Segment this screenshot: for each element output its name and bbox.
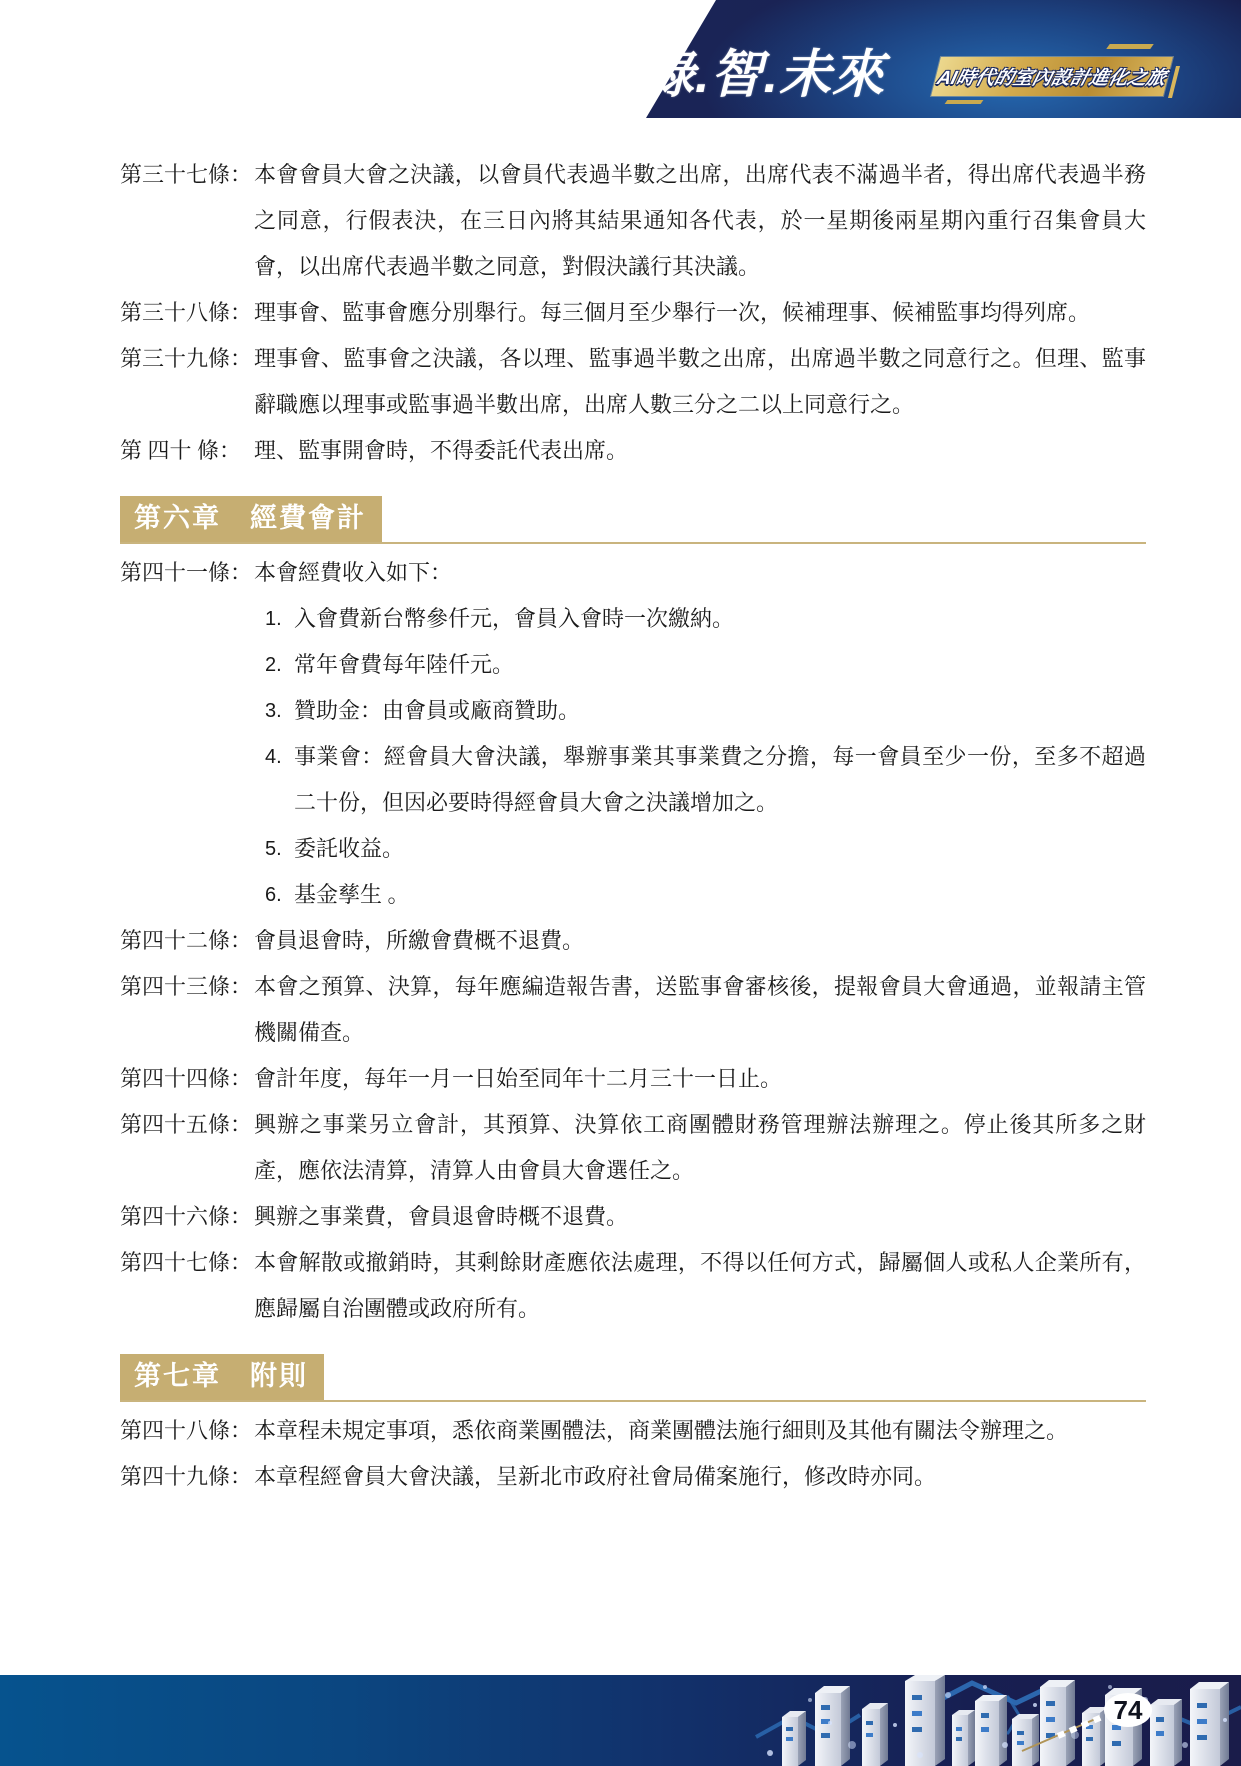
article-38: 第三十八條： 理事會、監事會應分別舉行。每三個月至少舉行一次，候補理事、候補監事…: [120, 290, 1146, 336]
list-item-5: 5. 委託收益。: [265, 826, 1146, 872]
article-text: 會計年度，每年一月一日始至同年十二月三十一日止。: [254, 1056, 1146, 1102]
event-subtitle-badge: AI時代的室內設計進化之旅: [931, 57, 1173, 96]
list-item-number: 1.: [265, 596, 294, 642]
article-text: 本章程經會員大會決議，呈新北市政府社會局備案施行，修改時亦同。: [254, 1454, 1146, 1500]
article-text: 本會解散或撤銷時，其剩餘財產應依法處理，不得以任何方式，歸屬個人或私人企業所有，…: [254, 1240, 1146, 1332]
list-item-4: 4. 事業會：經會員大會決議，舉辦事業其事業費之分擔，每一會員至少一份，至多不超…: [265, 734, 1146, 826]
list-item-text: 事業會：經會員大會決議，舉辦事業其事業費之分擔，每一會員至少一份，至多不超過二十…: [294, 734, 1146, 826]
article-number: 第三十九條：: [120, 336, 254, 428]
article-text: 本會經費收入如下：: [254, 550, 1146, 596]
list-item-number: 6.: [265, 872, 294, 918]
article-number: 第四十四條：: [120, 1056, 254, 1102]
article-43: 第四十三條： 本會之預算、決算，每年應編造報告書，送監事會審核後，提報會員大會通…: [120, 964, 1146, 1056]
event-logo-text: 綠.智.未來: [642, 32, 942, 107]
article-46: 第四十六條： 興辦之事業費，會員退會時概不退費。: [120, 1194, 1146, 1240]
list-item-number: 2.: [265, 642, 294, 688]
article-number: 第四十七條：: [120, 1240, 254, 1332]
list-item-text: 贊助金：由會員或廠商贊助。: [294, 688, 1146, 734]
article-number: 第三十七條：: [120, 152, 254, 290]
chapter-7-title: 第七章 附則: [120, 1354, 324, 1400]
article-45: 第四十五條： 興辦之事業另立會計，其預算、決算依工商團體財務管理辦法辦理之。停止…: [120, 1102, 1146, 1194]
footer-cityscape-graphic: 74: [0, 1675, 1241, 1766]
gold-dash-ornament: [945, 100, 984, 104]
article-text: 理、監事開會時，不得委託代表出席。: [254, 428, 1146, 474]
list-item-2: 2. 常年會費每年陸仟元。: [265, 642, 1146, 688]
list-item-number: 4.: [265, 734, 294, 826]
article-49: 第四十九條： 本章程經會員大會決議，呈新北市政府社會局備案施行，修改時亦同。: [120, 1454, 1146, 1500]
article-number: 第四十六條：: [120, 1194, 254, 1240]
page-number: 74: [1114, 1695, 1143, 1725]
list-item-1: 1. 入會費新台幣參仟元，會員入會時一次繳納。: [265, 596, 1146, 642]
article-41: 第四十一條： 本會經費收入如下：: [120, 550, 1146, 596]
article-text: 興辦之事業另立會計，其預算、決算依工商團體財務管理辦法辦理之。停止後其所多之財產…: [254, 1102, 1146, 1194]
article-number: 第三十八條：: [120, 290, 254, 336]
list-item-number: 3.: [265, 688, 294, 734]
article-text: 理事會、監事會之決議，各以理、監事過半數之出席，出席過半數之同意行之。但理、監事…: [254, 336, 1146, 428]
list-item-text: 入會費新台幣參仟元，會員入會時一次繳納。: [294, 596, 1146, 642]
article-text: 本會之預算、決算，每年應編造報告書，送監事會審核後，提報會員大會通過，並報請主管…: [254, 964, 1146, 1056]
article-number: 第四十九條：: [120, 1454, 254, 1500]
footer-band: 74: [0, 1675, 1241, 1766]
article-text: 興辦之事業費，會員退會時概不退費。: [254, 1194, 1146, 1240]
article-48: 第四十八條： 本章程未規定事項，悉依商業團體法，商業團體法施行細則及其他有關法令…: [120, 1408, 1146, 1454]
article-text: 理事會、監事會應分別舉行。每三個月至少舉行一次，候補理事、候補監事均得列席。: [254, 290, 1146, 336]
document-page: 綠.智.未來 AI時代的室內設計進化之旅 第三十七條： 本會會員大會之決議，以會…: [0, 0, 1241, 1766]
income-items-list: 1. 入會費新台幣參仟元，會員入會時一次繳納。 2. 常年會費每年陸仟元。 3.…: [265, 596, 1146, 918]
article-number: 第四十三條：: [120, 964, 254, 1056]
chapter-6-header-row: 第六章 經費會計: [120, 496, 1146, 544]
article-42: 第四十二條： 會員退會時，所繳會費概不退費。: [120, 918, 1146, 964]
document-body: 第三十七條： 本會會員大會之決議，以會員代表過半數之出席，出席代表不滿過半者，得…: [120, 152, 1146, 1500]
article-text: 本會會員大會之決議，以會員代表過半數之出席，出席代表不滿過半者，得出席代表過半務…: [254, 152, 1146, 290]
article-37: 第三十七條： 本會會員大會之決議，以會員代表過半數之出席，出席代表不滿過半者，得…: [120, 152, 1146, 290]
article-number: 第 四十 條：: [120, 428, 254, 474]
article-47: 第四十七條： 本會解散或撤銷時，其剩餘財產應依法處理，不得以任何方式，歸屬個人或…: [120, 1240, 1146, 1332]
list-item-text: 基金孳生 。: [294, 872, 1146, 918]
article-number: 第四十一條：: [120, 550, 254, 596]
gold-dash-ornament: [1106, 44, 1154, 49]
article-number: 第四十二條：: [120, 918, 254, 964]
list-item-3: 3. 贊助金：由會員或廠商贊助。: [265, 688, 1146, 734]
chapter-7-header-row: 第七章 附則: [120, 1354, 1146, 1402]
article-text: 會員退會時，所繳會費概不退費。: [254, 918, 1146, 964]
event-subtitle-text: AI時代的室內設計進化之旅: [935, 63, 1170, 90]
article-number: 第四十八條：: [120, 1408, 254, 1454]
article-44: 第四十四條： 會計年度，每年一月一日始至同年十二月三十一日止。: [120, 1056, 1146, 1102]
list-item-number: 5.: [265, 826, 294, 872]
article-39: 第三十九條： 理事會、監事會之決議，各以理、監事過半數之出席，出席過半數之同意行…: [120, 336, 1146, 428]
article-number: 第四十五條：: [120, 1102, 254, 1194]
building-towers: [782, 1675, 1229, 1766]
list-item-text: 委託收益。: [294, 826, 1146, 872]
chapter-6-title: 第六章 經費會計: [120, 496, 382, 542]
list-item-6: 6. 基金孳生 。: [265, 872, 1146, 918]
list-item-text: 常年會費每年陸仟元。: [294, 642, 1146, 688]
article-text: 本章程未規定事項，悉依商業團體法，商業團體法施行細則及其他有關法令辦理之。: [254, 1408, 1146, 1454]
article-40: 第 四十 條： 理、監事開會時，不得委託代表出席。: [120, 428, 1146, 474]
